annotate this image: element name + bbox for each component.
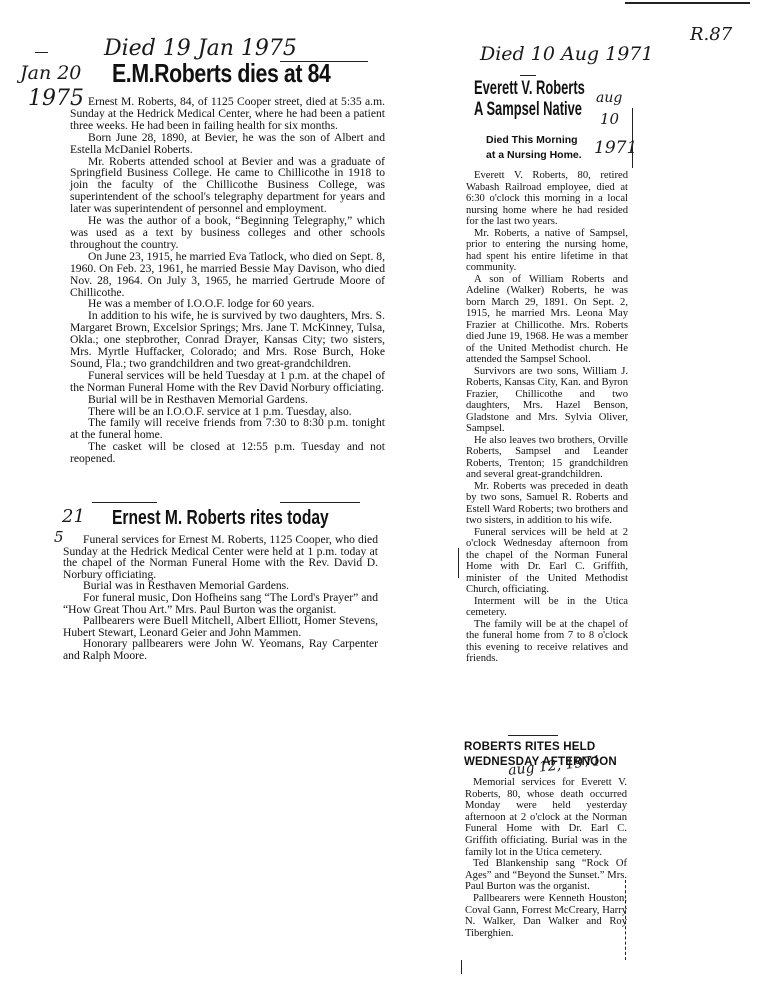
paragraph: The family will be at the chapel of the … <box>466 619 628 665</box>
paragraph: Ernest M. Roberts, 84, of 1125 Cooper st… <box>70 96 385 132</box>
handwritten-aug: aug <box>596 90 622 106</box>
top-rule-right <box>625 2 750 4</box>
headline-line: A Sampsel Native <box>474 99 585 120</box>
divider-left-b <box>280 502 360 503</box>
handwritten-death-date-1971: Died 10 Aug 1971 <box>480 43 654 65</box>
paragraph: On June 23, 1915, he married Eva Tatlock… <box>70 251 385 299</box>
headline-line: Everett V. Roberts <box>474 78 585 99</box>
paragraph: The casket will be closed at 12:55 p.m. … <box>70 441 385 465</box>
short-rule-right <box>520 75 536 76</box>
paragraph: Honorary pallbearers were John W. Yeoman… <box>63 638 378 661</box>
subhead-line: Died This Morning <box>486 133 582 148</box>
paragraph: Memorial services for Everett V. Roberts… <box>465 777 627 858</box>
paragraph: Funeral services will be held at 2 o'clo… <box>466 527 628 596</box>
paragraph: Everett V. Roberts, 80, retired Wabash R… <box>466 170 628 228</box>
article-em-roberts-obituary: Ernest M. Roberts, 84, of 1125 Cooper st… <box>70 96 385 465</box>
paragraph: Mr. Roberts was preceded in death by two… <box>466 481 628 527</box>
top-rule-left <box>35 52 48 53</box>
paragraph: A son of William Roberts and Adeline (Wa… <box>466 274 628 366</box>
handwritten-page-reference: R.87 <box>690 24 732 45</box>
paragraph: Mr. Roberts attended school at Bevier an… <box>70 156 385 216</box>
subhead-died-this-morning: Died This Morning at a Nursing Home. <box>486 133 582 163</box>
paragraph: He was the author of a book, “Beginning … <box>70 215 385 251</box>
paragraph: Burial will be in Resthaven Memorial Gar… <box>70 394 385 406</box>
column-edge-right <box>632 108 633 168</box>
subhead-line: at a Nursing Home. <box>486 148 582 163</box>
divider-right <box>508 735 558 736</box>
headline-everett-roberts: Everett V. Roberts A Sampsel Native <box>474 78 585 120</box>
handwritten-10: 10 <box>600 110 619 128</box>
divider-left-a <box>92 502 157 503</box>
headline-ernest-roberts-rites: Ernest M. Roberts rites today <box>112 507 329 530</box>
paragraph: He also leaves two brothers, Orville Rob… <box>466 435 628 481</box>
paragraph: Born June 28, 1890, at Bevier, he was th… <box>70 132 385 156</box>
paragraph: Mr. Roberts, a native of Sampsel, prior … <box>466 228 628 274</box>
paragraph: Funeral services for Ernest M. Roberts, … <box>63 534 378 580</box>
handwritten-jan-20: Jan 20 <box>20 62 81 84</box>
paragraph: In addition to his wife, he is survived … <box>70 310 385 370</box>
paragraph: Funeral services will be held Tuesday at… <box>70 370 385 394</box>
paragraph: For funeral music, Don Hofheins sang “Th… <box>63 592 378 615</box>
margin-mark-bottom <box>461 960 462 974</box>
headline-em-roberts-dies: E.M.Roberts dies at 84 <box>112 58 330 89</box>
handwritten-21: 21 <box>62 506 85 527</box>
paragraph: Pallbearers were Kenneth Houston, Coval … <box>465 893 627 939</box>
article-roberts-rites-held: Memorial services for Everett V. Roberts… <box>465 777 627 939</box>
paragraph: Pallbearers were Buell Mitchell, Albert … <box>63 615 378 638</box>
article-everett-roberts-obituary: Everett V. Roberts, 80, retired Wabash R… <box>466 170 628 665</box>
handwritten-1971: 1971 <box>594 138 637 158</box>
paragraph: The family will receive friends from 7:3… <box>70 417 385 441</box>
paragraph: Survivors are two sons, William J. Rober… <box>466 366 628 435</box>
paragraph: Ted Blankenship sang “Rock Of Ages” and … <box>465 858 627 893</box>
margin-mark-left <box>458 548 459 578</box>
column-edge-right-bottom <box>625 880 626 960</box>
paragraph: Interment will be in the Utica cemetery. <box>466 596 628 619</box>
article-ernest-roberts-rites: Funeral services for Ernest M. Roberts, … <box>63 534 378 662</box>
